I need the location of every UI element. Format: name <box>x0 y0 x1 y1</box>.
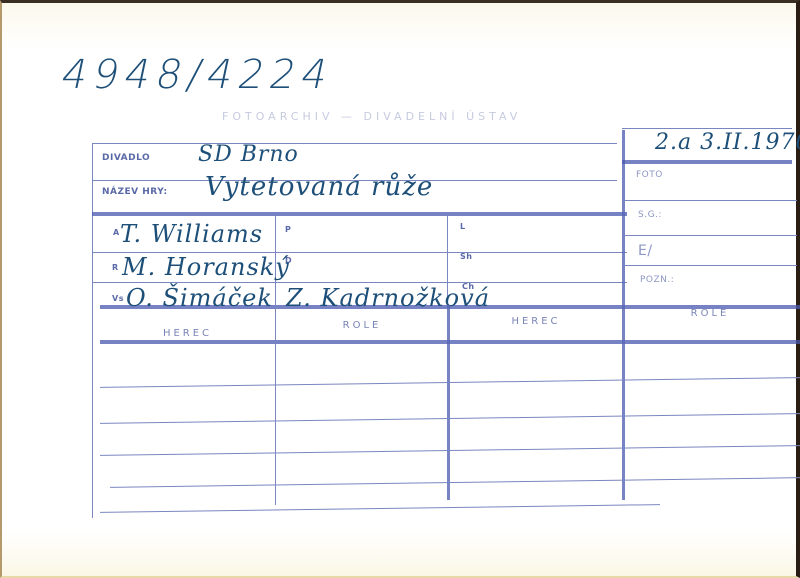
right-divider-date <box>622 160 792 164</box>
archive-number: 4948/4224 <box>57 52 338 98</box>
value-date: 2.a 3.II.1970 <box>655 130 800 155</box>
value-nazev-hry: Vytetovaná růže <box>205 172 433 202</box>
right-divider-e <box>622 265 797 266</box>
label-pozn: POZN.: <box>640 275 674 285</box>
divider-header-bottom <box>100 340 800 344</box>
value-autor: T. Williams <box>120 220 263 248</box>
right-divider-sig <box>622 235 797 236</box>
label-foto: FOTO <box>636 170 663 180</box>
col-header-herec-2: HEREC <box>450 316 622 327</box>
form-top-border <box>92 143 617 144</box>
label-sig: S.G.: <box>638 210 662 220</box>
label-sh: Sh <box>460 252 472 261</box>
form-left-border <box>92 143 93 518</box>
value-rezie: M. Horanský <box>122 253 290 281</box>
col-header-role-2: ROLE <box>625 308 795 319</box>
right-divider-foto <box>622 200 797 201</box>
header-stamp: FOTOARCHIV — DIVADELNÍ ÚSTAV <box>222 110 521 123</box>
value-divadlo: SD Brno <box>198 142 299 167</box>
label-rezie: R <box>112 263 119 272</box>
label-e: E/ <box>638 243 653 259</box>
label-vyprava: Vs <box>112 294 124 303</box>
value-kostymy: Z. Kadrnožková <box>286 284 490 312</box>
value-vyprava: O. Šimáček <box>126 284 273 312</box>
label-divadlo: DIVADLO <box>102 153 150 163</box>
label-nazev-hry: NÁZEV HRY: <box>102 187 168 197</box>
table-col-divider-1 <box>275 305 276 505</box>
col-header-herec-1: HEREC <box>100 328 275 339</box>
right-panel-top <box>622 128 792 129</box>
divider-nazev <box>92 212 627 216</box>
label-autor: A <box>113 228 120 237</box>
col-header-role-1: ROLE <box>277 320 447 331</box>
label-l: L <box>460 222 466 231</box>
label-p: P <box>285 225 291 234</box>
divider-rezie <box>92 282 627 283</box>
table-col-divider-2 <box>447 305 450 500</box>
